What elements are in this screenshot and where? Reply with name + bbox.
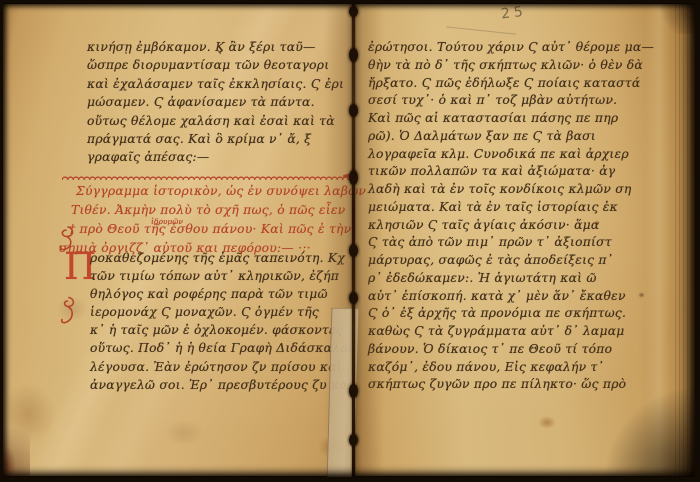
manuscript-line: θὴν τὰ πὸ δ᾽ τῆς σκήπτως κλιῶν· ὁ θὲν δὰ (368, 58, 654, 76)
stitch-knot-icon (349, 6, 358, 17)
manuscript-line: καθὼς Ϛ τὰ ζυγράμματα αὐτ᾽ δ᾽ λαμαμ (368, 324, 654, 342)
manuscript-line: ἤρξατο. Ϛ πῶς ἐδήλωξε Ϛ ποίαις καταστά (368, 76, 654, 94)
manuscript-line: κλησιῶν Ϛ ταῖς ἁγίαις ἀκόσιν· ἅμα (368, 218, 654, 236)
manuscript-line: πράγματά σας. Καὶ ὃ κρίμα ν᾽ ἄ, ξ (87, 132, 344, 150)
binding-stitch-thread-icon (352, 0, 355, 482)
rubric-interlinear-gloss: ἱδρυμῶν (151, 217, 183, 226)
rubric-block: Σύγγραμμα ἱστορικὸν, ὡς ἐν συνόψει λαβὼν… (76, 184, 366, 260)
manuscript-line: τικῶν πολλαπῶν τα καὶ ἀξιώματα· ἀγ (368, 164, 654, 182)
folio-number: 25 (500, 3, 528, 22)
manuscript-line: σεσί τυχ᾽· ὁ καὶ π᾽ τοζ μβὰν αὐτήτων. (368, 93, 654, 111)
stitch-knot-icon (349, 170, 358, 185)
manuscript-line: μάρτυρας, σαφῶς ἐ τὰς ἀποδείξεις π᾽ (368, 253, 654, 271)
manuscript-line: μειώματα. Καὶ τὰ ἐν ταῖς ἱστορίαις ἐκ (368, 200, 654, 218)
manuscript-line: κ᾽ ἡ ταῖς μῶν ἐ ὀχλοκομέν. φάσκοντες (90, 323, 353, 341)
manuscript-line: καὶ ἐχαλάσαμεν ταῖς ἐκκλησίαις. Ϛ ἐρι (87, 77, 344, 95)
manuscript-line: ρ᾽ ἐδεδώκαμεν:. Ἡ ἁγιωτάτη καὶ ῶ (368, 271, 654, 289)
manuscript-line: Ϛ τὰς ἀπὸ τῶν πιμ᾽ πρῶν τ᾽ ἀξιοπίστ (368, 235, 654, 253)
stitch-knot-icon (349, 48, 358, 62)
manuscript-line: ἐρώτησοι. Τούτου χάριν Ϛ αὐτ᾽ θέρομε μα— (368, 40, 654, 58)
rubric-line: † πρὸ Θεοῦ τῆς ἐσθου πάνου· Καὶ πῶς ἐ τὴ… (69, 222, 366, 241)
manuscript-line: τῶν τιμίω τόπων αὐτ᾽ κληρικῶν, ἐζήπ (90, 269, 353, 287)
rubric-ornament-band-icon (62, 172, 349, 180)
stitch-knot-icon (349, 434, 358, 446)
stitch-knot-icon (349, 384, 358, 398)
rubric-line: Σύγγραμμα ἱστορικὸν, ὡς ἐν συνόψει λαβὼν (76, 184, 366, 203)
manuscript-line: ἱερομονάχ Ϛ μοναχῶν. Ϛ ὀγμέν τῆς (90, 305, 353, 323)
manuscript-line: κινήσῃ ἐμβόκαμον. Ϗ ἂν ξέρι ταῦ— (87, 40, 344, 58)
manuscript-line: Ϛ ὁ᾽ ἐξ ἀρχῆς τὰ προνόμια πε σκήπτως. (368, 306, 654, 324)
manuscript-line: αὐτ᾽ ἐπίσκοπή. κατὰ χ᾽ μὲν ἅν᾽ ἔκαθεν (368, 289, 654, 307)
manuscript-line: γραφαῖς ἀπέσας:— (87, 150, 344, 168)
manuscript-line: ροκαθεζομένης τῆς ἐμᾶς ταπεινότη. Κχ (90, 251, 353, 269)
manuscript-line: ἀναγγελῶ σοι. Ἐρ᾽ πρεσβυτέρους ζυ καὶ (90, 378, 353, 396)
manuscript-line: σκήπτως ζυγῶν προ πε πίληκτο· ὥς πρὸ (368, 377, 654, 395)
manuscript-line: μώσαμεν. Ϛ ἀφανίσαμεν τὰ πάντα. (87, 95, 344, 113)
manuscript-line: καζόμ᾽, ἐδου πάνου, Εἰς κεφαλήν τ᾽ (368, 360, 654, 378)
stitch-knot-icon (349, 104, 358, 117)
manuscript-line: λέγουσα. Ἐὰν ἐρώτησον ζν πρίσου καὶ (90, 360, 353, 378)
rubric-line: Τιθέν. Ἀκμὴν πολὺ τὸ σχῆ πως, ὁ πῶς εἶεν (71, 203, 366, 222)
manuscript-line: ρῶ). Ὁ Δαλμάτων ξαν πε Ϛ τὰ βασι (368, 129, 654, 147)
left-text-block-2: ροκαθεζομένης τῆς ἐμᾶς ταπεινότη. Κχ τῶν… (90, 251, 353, 396)
manuscript-line: ὥσπρε διορυμαντίσαμ τῶν θεοταγορι (87, 58, 344, 76)
manuscript-line: Καὶ πῶς αἱ καταστασίαι πάσης πε πηρ (368, 111, 654, 129)
right-text-block: ἐρώτησοι. Τούτου χάριν Ϛ αὐτ᾽ θέρομε μα—… (368, 40, 654, 395)
manuscript-line: λογραφεῖα κλμ. Ϲυνοδικά πε καὶ ἀρχιερ (368, 147, 654, 165)
manuscript-line: λαδὴ καὶ τὰ ἐν τοῖς κονδίκοις κλμῶν ση (368, 182, 654, 200)
stitch-knot-icon (349, 292, 358, 304)
marginal-flourish-icon (59, 295, 79, 330)
manuscript-line: οὕτως θέλομε χαλάση καὶ ἐσαὶ καὶ τὰ (87, 114, 344, 132)
manuscript-line: οὕτως. Ποδ᾽ ἡ ἡ θεία Γραφὴ Διδάσκαλοι (90, 341, 353, 359)
stitch-knot-icon (349, 244, 358, 257)
fore-edge-shadow (675, 0, 695, 482)
manuscript-photo: κινήσῃ ἐμβόκαμον. Ϗ ἂν ξέρι ταῦ— ὥσπρε δ… (0, 0, 700, 482)
manuscript-line: θηλόγος καὶ ροφέρης παρὰ τῶν τιμῶ (90, 287, 353, 305)
manuscript-line: βάνουν. Ὁ δίκαιος τ᾽ πε Θεοῦ τί τόπο (368, 342, 654, 360)
left-text-block-1: κινήσῃ ἐμβόκαμον. Ϗ ἂν ξέρι ταῦ— ὥσπρε δ… (87, 40, 344, 169)
